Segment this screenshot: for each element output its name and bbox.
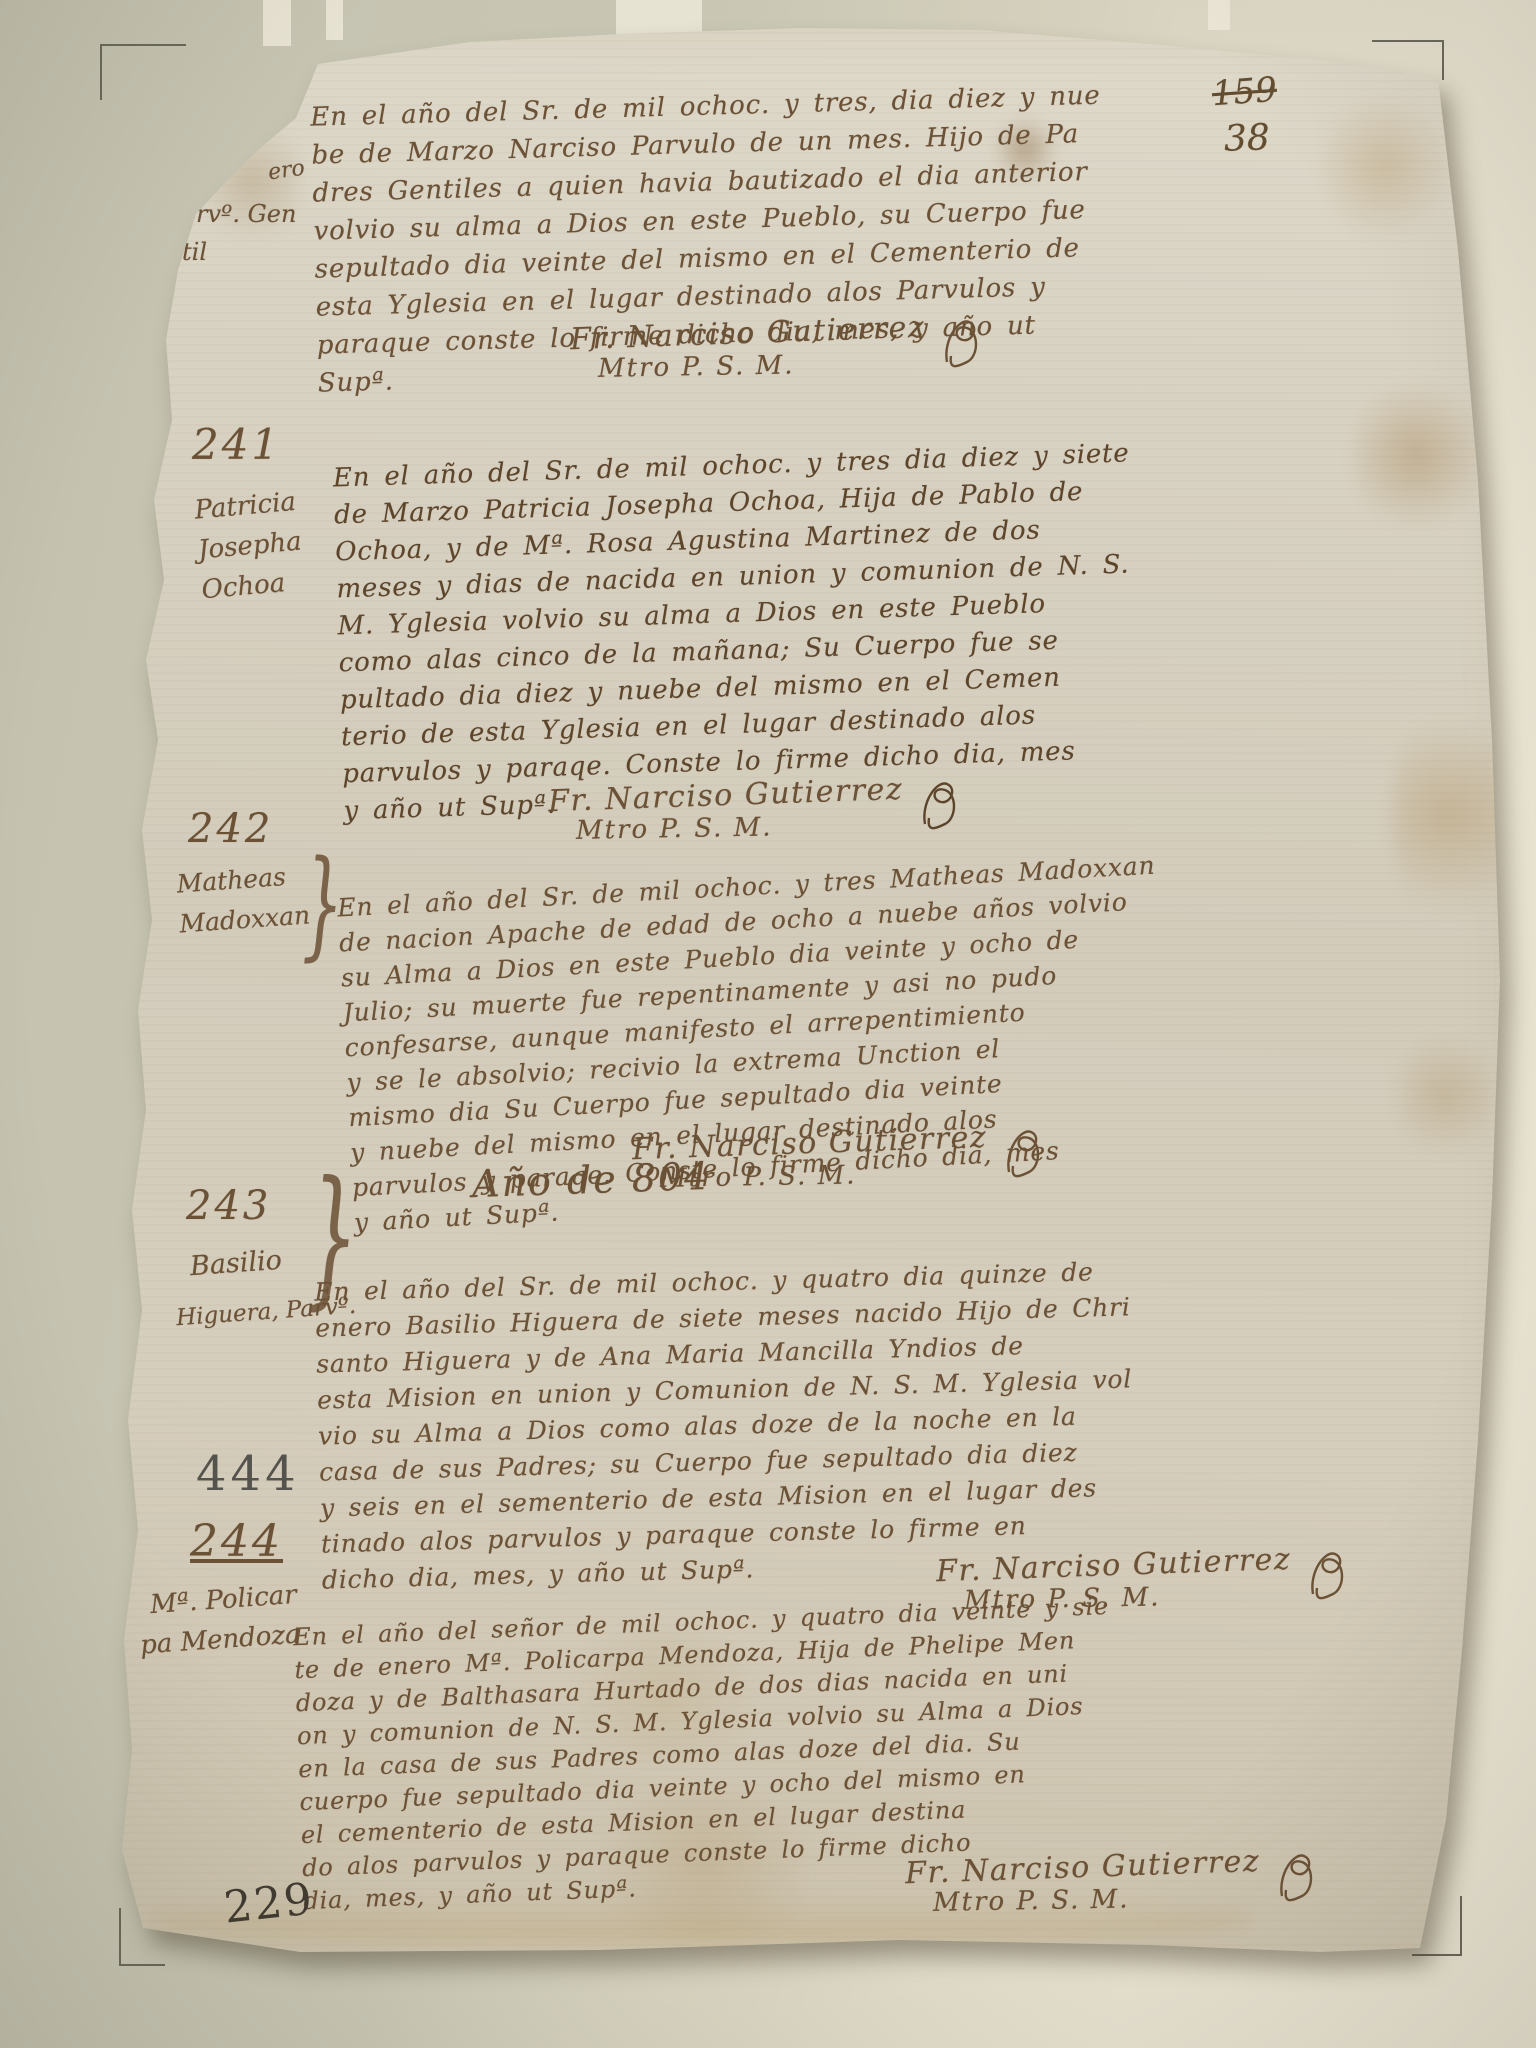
paper-sheet: 159 38 ero rvº. Gen til En el año del Sr… bbox=[0, 0, 1536, 2048]
margin-entry-number-pencil: 444 bbox=[196, 1446, 300, 1502]
rubric-flourish-icon bbox=[917, 774, 961, 838]
paper-stain bbox=[1392, 690, 1507, 940]
margin-entry-number: 241 bbox=[192, 420, 281, 469]
margin-entry-name: Matheas Madoxxan bbox=[175, 856, 311, 945]
margin-name-fragment: til bbox=[182, 238, 207, 266]
margin-entry-number: 244 bbox=[190, 1516, 283, 1567]
priest-signature-title: Mtro P. S. M. bbox=[598, 348, 926, 384]
margin-entry-name: Patricia Josepha Ochoa bbox=[193, 482, 307, 611]
year-heading: Año de 804 bbox=[471, 1154, 711, 1206]
priest-signature: Fr. Narciso Gutierrez Mtro P. S. M. bbox=[548, 778, 903, 843]
margin-entry-number: 242 bbox=[188, 806, 273, 852]
rubric-flourish-icon bbox=[939, 312, 983, 376]
paper-stain bbox=[1352, 370, 1482, 540]
paper-stain bbox=[1322, 84, 1447, 249]
folio-number-struck: 159 bbox=[1211, 70, 1279, 114]
paper-stain bbox=[1398, 1020, 1493, 1170]
priest-signature-title: Mtro P. S. M. bbox=[933, 1882, 1261, 1918]
entry-body-text: En el año del Sr. de mil ochoc. y tres d… bbox=[332, 432, 1258, 831]
rubric-flourish-icon bbox=[1001, 1122, 1045, 1186]
priest-signature-title: Mtro P. S. M. bbox=[576, 810, 904, 846]
margin-name-fragment: ero bbox=[266, 156, 306, 186]
priest-signature: Fr. Narciso Gutierrez Mtro P. S. M. bbox=[570, 316, 925, 381]
folio-number: 38 bbox=[1223, 117, 1270, 160]
paper-sheet-shadow: 159 38 ero rvº. Gen til En el año del Sr… bbox=[0, 0, 1536, 2048]
rubric-flourish-icon bbox=[1305, 1544, 1349, 1608]
archive-page-number: 229 bbox=[222, 1873, 317, 1933]
priest-signature: Fr. Narciso Gutierrez Mtro P. S. M. bbox=[905, 1850, 1260, 1915]
rubric-flourish-icon bbox=[1274, 1846, 1318, 1910]
margin-entry-name: Basilio bbox=[189, 1241, 284, 1287]
margin-entry-number: 243 bbox=[186, 1183, 271, 1229]
margin-name-fragment: rvº. Gen bbox=[196, 200, 296, 228]
